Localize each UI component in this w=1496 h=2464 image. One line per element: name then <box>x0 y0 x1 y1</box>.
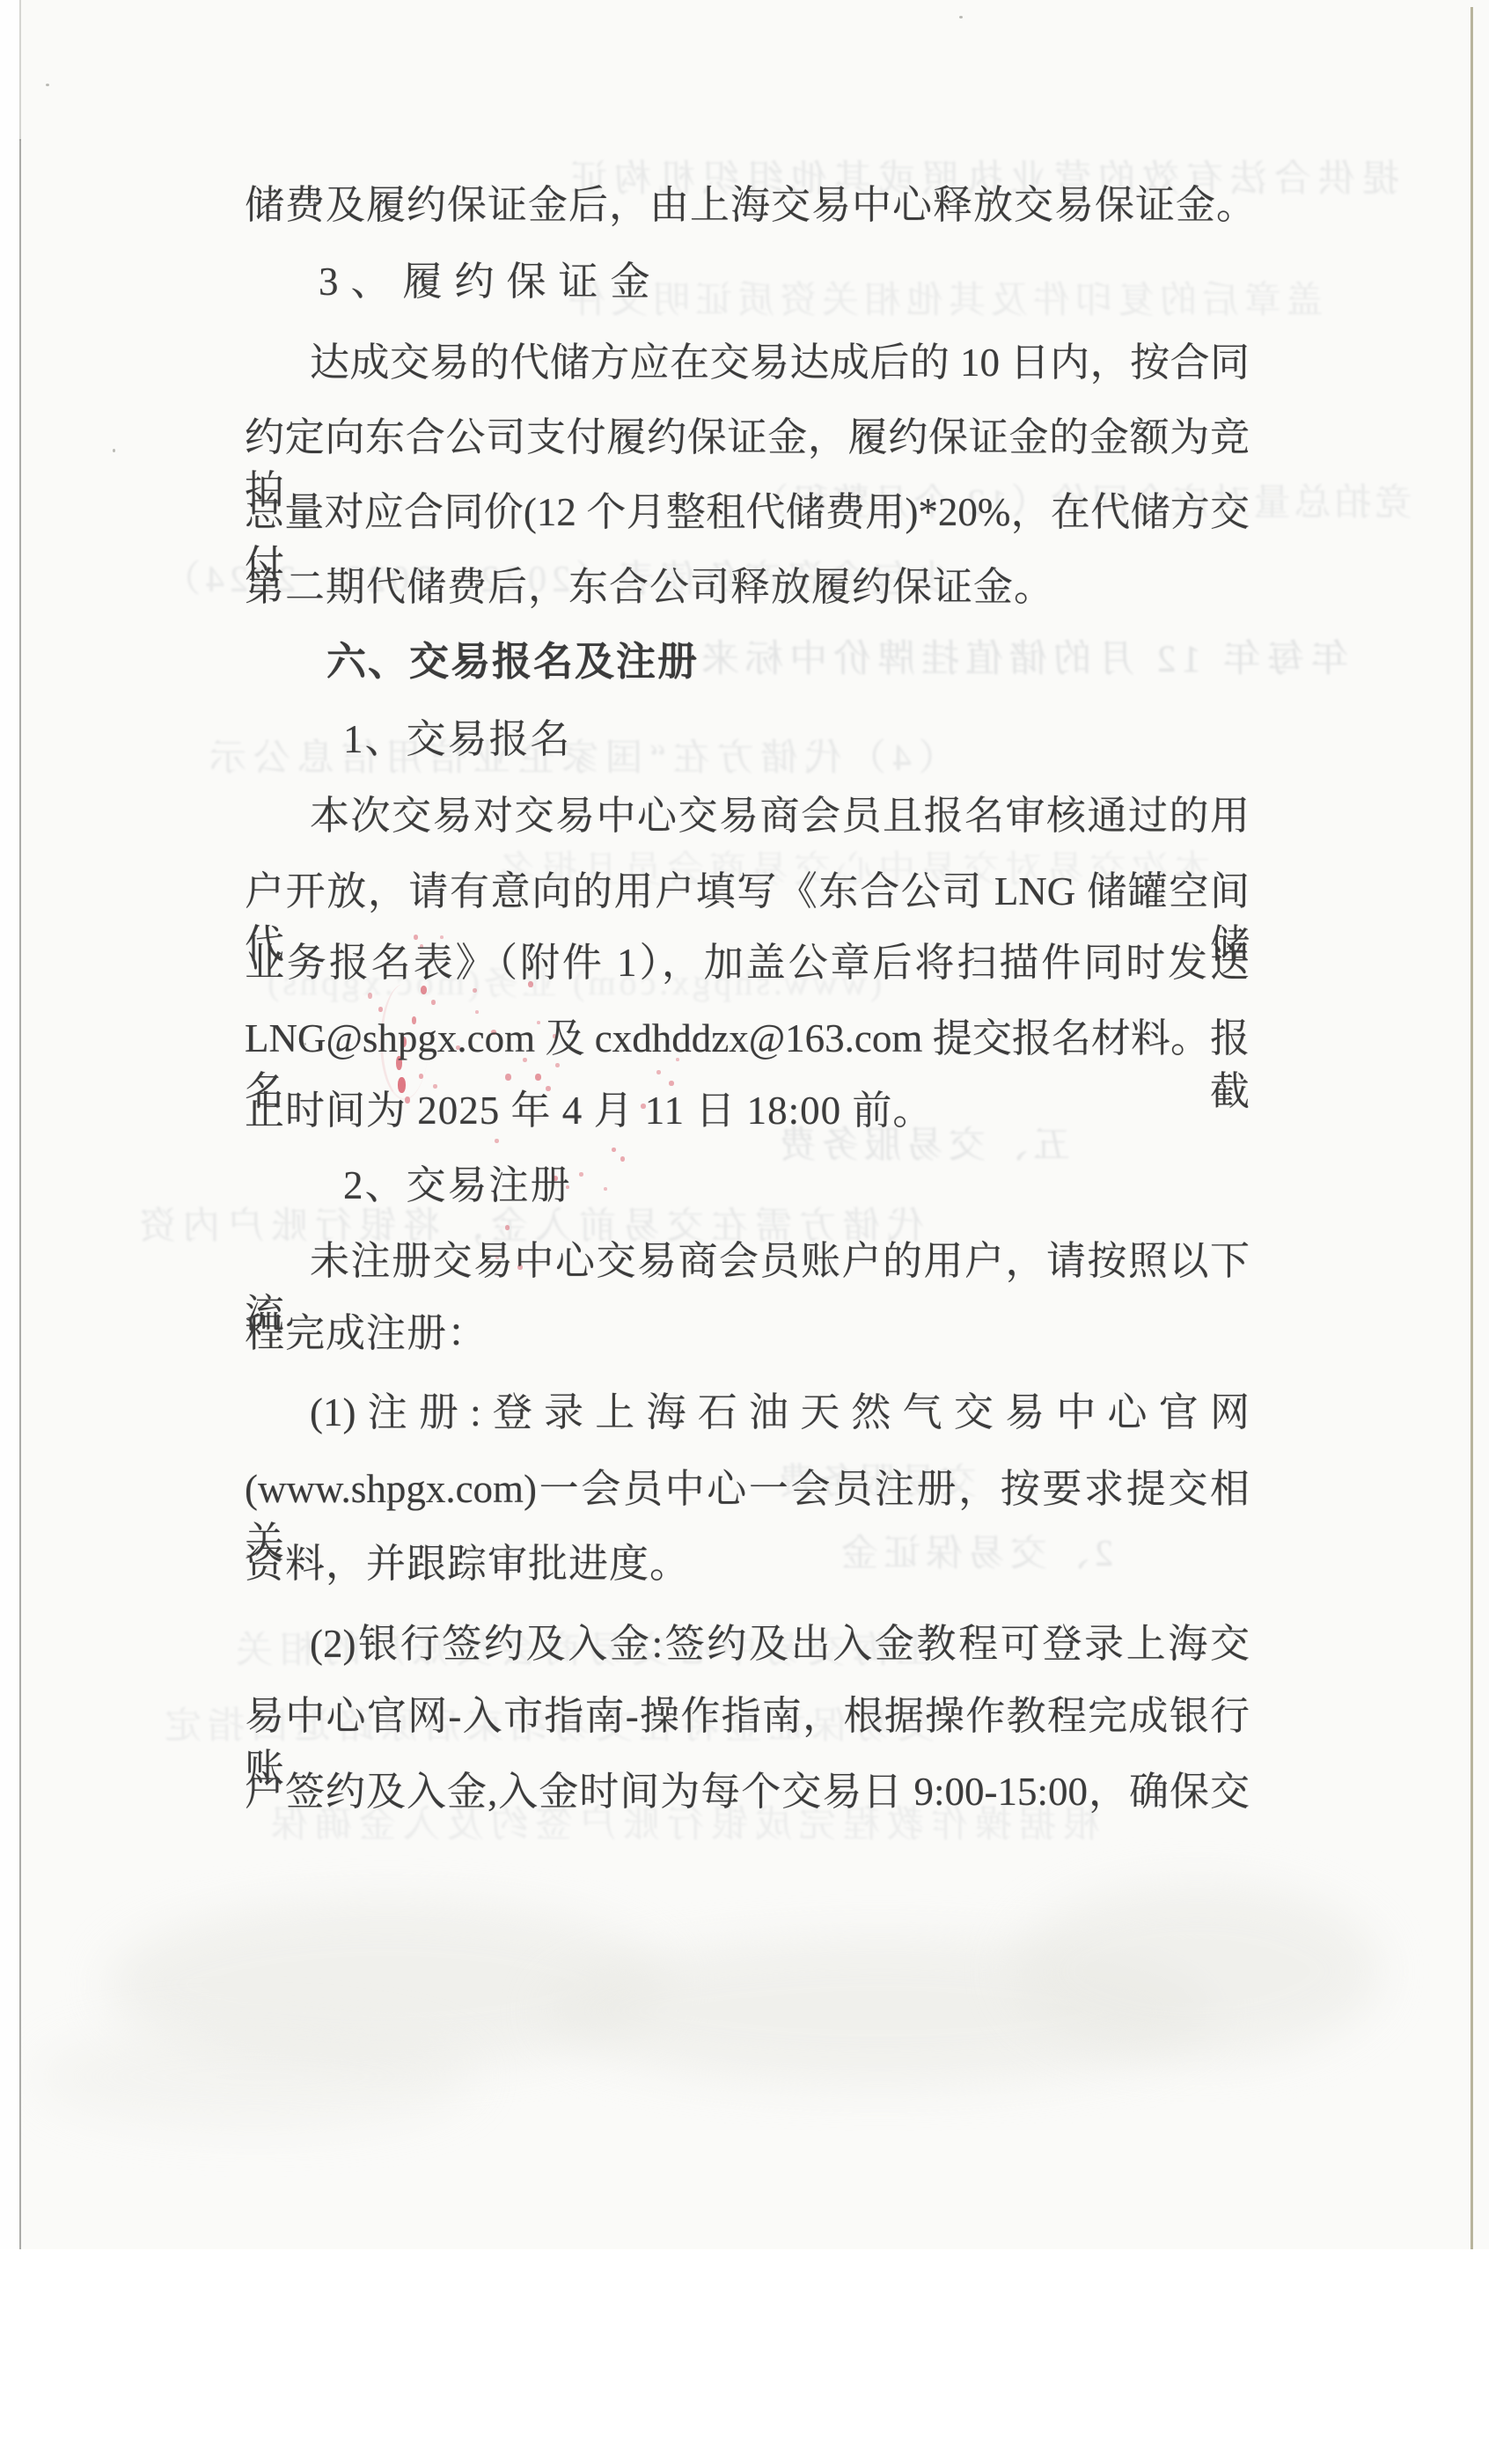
stamp-speckle <box>368 993 372 999</box>
text-line: (2)银行签约及入金:签约及出入金教程可登录上海交 <box>245 1617 1250 1670</box>
stamp-speckle <box>612 1148 616 1152</box>
text-line: (1)注册:登录上海石油天然气交易中心官网 <box>245 1386 1250 1439</box>
bleedthrough-line: （4）代储方在“国家企业信用信息公示 <box>202 729 956 781</box>
scanner-margin-left <box>0 0 18 2249</box>
stamp-speckle <box>495 1139 499 1143</box>
text-line: 户签约及入金,入金时间为每个交易日 9:00-15:00，确保交 <box>245 1765 1250 1818</box>
scan-speck <box>46 84 49 86</box>
scanned-page: 提供合法有效的营业执照或其他组织机构证盖章后的复印件及其他相关资质证明文件竞拍总… <box>0 0 1489 2249</box>
bleedthrough-line: 盖章后的复印件及其他相关资质证明文件 <box>563 271 1324 324</box>
text-line: 资料，并跟踪审批进度。 <box>245 1537 690 1590</box>
text-line: 约定向东合公司支付履约保证金，履约保证金的金额为竞拍 <box>245 411 1250 464</box>
scan-speck <box>113 449 115 452</box>
scan-speck <box>304 1043 306 1045</box>
stamp-speckle <box>579 1172 583 1177</box>
scan-speck <box>387 1500 390 1503</box>
text-line: 易中心官网-入市指南-操作指南，根据操作教程完成银行账 <box>245 1690 1250 1742</box>
text-line: 业务报名表》（附件 1），加盖公章后将扫描件同时发送 <box>245 936 1250 989</box>
text-line: LNG@shpgx.com 及 cxdhddzx@163.com 提交报名材料。… <box>245 1012 1250 1065</box>
text-line: 止时间为 2025 年 4 月 11 日 18:00 前。 <box>245 1084 933 1137</box>
scan-speck <box>959 16 963 18</box>
stamp-speckle <box>620 1156 625 1162</box>
page-edge-line-left <box>19 139 21 2249</box>
text-line: 1、交易报名 <box>343 713 572 766</box>
bleedthrough-line: 年每年 12 月的储值挂牌价中标来 <box>695 629 1349 683</box>
text-line: 程完成注册： <box>245 1307 488 1360</box>
text-line: 储费及履约保证金后，由上海交易中心释放交易保证金。 <box>245 179 1257 231</box>
text-line: 户开放，请有意向的用户填写《东合公司 LNG 储罐空间代储 <box>245 865 1250 918</box>
paper-shadow-blob <box>35 2024 475 2130</box>
page-edge-line-left-top <box>19 0 21 141</box>
stamp-speckle <box>431 1000 436 1005</box>
text-line: 2、交易注册 <box>343 1159 572 1212</box>
page-edge-line-right <box>1470 7 1473 2249</box>
stamp-speckle <box>505 1225 510 1230</box>
text-line: (www.shpgx.com)一会员中心一会员注册，按要求提交相关 <box>245 1463 1250 1515</box>
text-line: 3、履约保证金 <box>319 255 663 308</box>
text-line: 达成交易的代储方应在交易达成后的 10 日内，按合同 <box>245 336 1250 389</box>
text-line: 第二期代储费后，东合公司释放履约保证金。 <box>245 561 1054 613</box>
text-line: 本次交易对交易中心交易商会员且报名审核通过的用 <box>245 789 1250 842</box>
paper-shadow-blob <box>1012 1883 1382 2059</box>
text-line: 六、交易报名及注册 <box>326 635 699 688</box>
stamp-speckle <box>604 1187 607 1191</box>
text-line: 未注册交易中心交易商会员账户的用户，请按照以下流 <box>245 1235 1250 1287</box>
text-line: 总量对应合同价(12 个月整租代储费用)*20%，在代储方交付 <box>245 486 1250 539</box>
bleedthrough-line: 2、交易保证金 <box>836 1524 1113 1577</box>
